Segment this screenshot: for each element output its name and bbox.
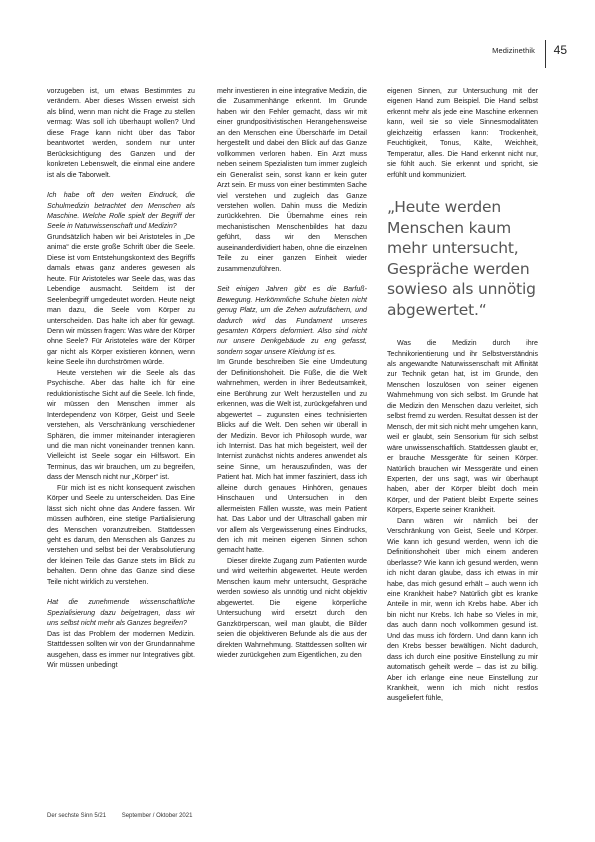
paragraph: Das ist das Problem der modernen Medizin… <box>47 629 195 671</box>
pull-quote: „Heute werden Menschen kaum mehr untersu… <box>387 197 538 320</box>
page-number: 45 <box>554 43 567 57</box>
paragraph: Was die Medizin durch ihre Technikorient… <box>387 338 538 516</box>
paragraph: Dieser direkte Zugang zum Patienten wurd… <box>217 556 367 661</box>
paragraph: Heute verstehen wir die Seele als das Ps… <box>47 368 195 483</box>
paragraph: Im Grunde beschreiben Sie eine Umdeutung… <box>217 357 367 556</box>
issue-date: September / Oktober 2021 <box>122 813 193 819</box>
column-1: vorzugeben ist, um etwas Bestimmtes zu v… <box>47 86 195 670</box>
interview-question: Ich habe oft den weiten Eindruck, die Sc… <box>47 190 195 232</box>
running-header: Medizinethik 45 <box>0 38 595 68</box>
section-label: Medizinethik <box>492 46 535 55</box>
paragraph: mehr investieren in eine integrative Med… <box>217 86 367 274</box>
column-3: eigenen Sinnen, zur Untersuchung mit der… <box>387 86 538 704</box>
header-divider <box>545 40 546 68</box>
paragraph: Dann wären wir nämlich bei der Verschrän… <box>387 516 538 704</box>
page-footer: Der sechste Sinn 5/21 September / Oktobe… <box>47 813 206 819</box>
paragraph: eigenen Sinnen, zur Untersuchung mit der… <box>387 86 538 180</box>
interview-question: Hat die zunehmende wissenschaftliche Spe… <box>47 597 195 628</box>
publication-name: Der sechste Sinn 5/21 <box>47 813 106 819</box>
column-2: mehr investieren in eine integrative Med… <box>217 86 367 660</box>
interview-question: Seit einigen Jahren gibt es die Barfuß-B… <box>217 284 367 357</box>
paragraph: Für mich ist es nicht konsequent zwische… <box>47 483 195 588</box>
paragraph: Grundsätzlich haben wir bei Aristoteles … <box>47 232 195 368</box>
paragraph: vorzugeben ist, um etwas Bestimmtes zu v… <box>47 86 195 180</box>
